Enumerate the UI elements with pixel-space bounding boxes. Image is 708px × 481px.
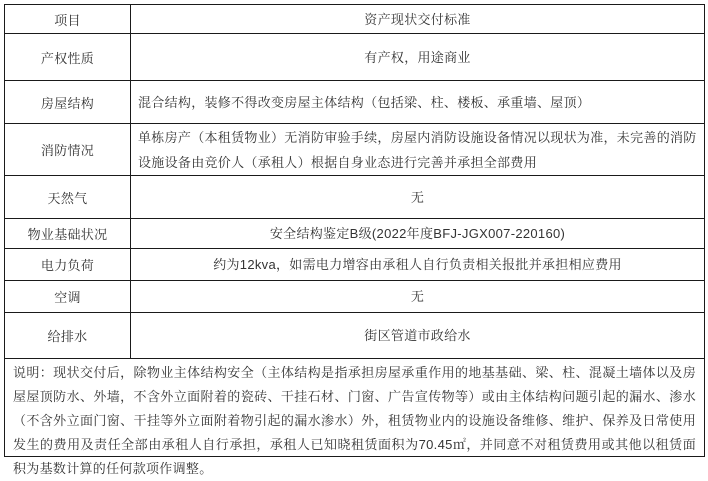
- row-label-power-load: 电力负荷: [5, 249, 131, 280]
- table-row: 给排水 街区管道市政给水: [5, 313, 704, 359]
- header-item-label: 项目: [5, 5, 131, 33]
- row-label-water-supply: 给排水: [5, 313, 131, 358]
- row-value-property-rights: 有产权，用途商业: [131, 34, 704, 80]
- table-row: 消防情况 单栋房产（本租赁物业）无消防审验手续，房屋内消防设施设备情况以现状为准…: [5, 124, 704, 176]
- row-label-property-rights: 产权性质: [5, 34, 131, 80]
- row-label-building-structure: 房屋结构: [5, 81, 131, 123]
- table-row: 空调 无: [5, 281, 704, 313]
- asset-delivery-standard-table: 项目 资产现状交付标准 产权性质 有产权，用途商业 房屋结构 混合结构，装修不得…: [4, 4, 705, 457]
- row-value-water-supply: 街区管道市政给水: [131, 313, 704, 358]
- row-label-fire-safety: 消防情况: [5, 124, 131, 175]
- row-value-air-conditioning: 无: [131, 281, 704, 312]
- row-value-power-load: 约为12kva，如需电力增容由承租人自行负责相关报批并承担相应费用: [131, 249, 704, 280]
- table-row: 电力负荷 约为12kva，如需电力增容由承租人自行负责相关报批并承担相应费用: [5, 249, 704, 281]
- row-label-natural-gas: 天然气: [5, 176, 131, 218]
- row-value-natural-gas: 无: [131, 176, 704, 218]
- row-label-air-conditioning: 空调: [5, 281, 131, 312]
- table-row: 物业基础状况 安全结构鉴定B级(2022年度BFJ-JGX007-220160): [5, 219, 704, 249]
- row-value-building-structure: 混合结构，装修不得改变房屋主体结构（包括梁、柱、楼板、承重墙、屋顶）: [131, 81, 704, 123]
- note-text: 说明：现状交付后，除物业主体结构安全（主体结构是指承担房屋承重作用的地基基础、梁…: [5, 359, 704, 456]
- row-label-property-condition: 物业基础状况: [5, 219, 131, 248]
- row-value-fire-safety: 单栋房产（本租赁物业）无消防审验手续，房屋内消防设施设备情况以现状为准，未完善的…: [131, 124, 704, 175]
- table-header-row: 项目 资产现状交付标准: [5, 5, 704, 34]
- header-standard-label: 资产现状交付标准: [131, 5, 704, 33]
- row-value-property-condition: 安全结构鉴定B级(2022年度BFJ-JGX007-220160): [131, 219, 704, 248]
- table-row: 产权性质 有产权，用途商业: [5, 34, 704, 81]
- table-row: 天然气 无: [5, 176, 704, 219]
- table-row: 房屋结构 混合结构，装修不得改变房屋主体结构（包括梁、柱、楼板、承重墙、屋顶）: [5, 81, 704, 124]
